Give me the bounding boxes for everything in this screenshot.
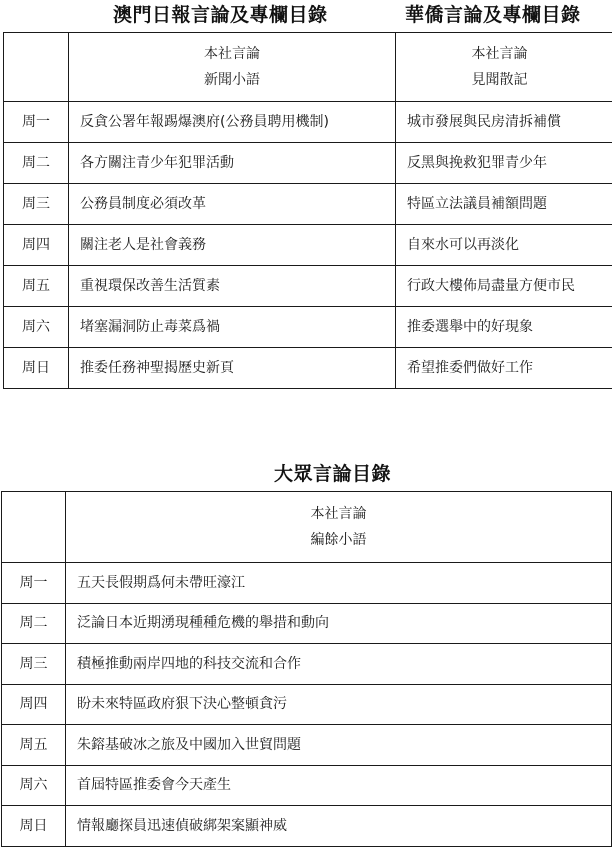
day-cell: 周六 bbox=[4, 307, 69, 348]
table-row: 周三 積極推動兩岸四地的科技交流和合作 bbox=[2, 644, 612, 685]
day-cell: 周一 bbox=[2, 563, 66, 604]
macau-item-cell: 推委任務神聖揭歷史新頁 bbox=[69, 348, 396, 389]
day-cell: 周日 bbox=[4, 348, 69, 389]
table-row: 周一 反貪公署年報踢爆澳府(公務員聘用機制) 城市發展與民房清拆補償 bbox=[4, 102, 612, 143]
table-row: 周二 泛論日本近期湧現種種危機的舉措和動向 bbox=[2, 603, 612, 644]
item-cell: 盼未來特區政府狠下決心整頓貪污 bbox=[66, 684, 612, 725]
overseas-item-cell: 自來水可以再淡化 bbox=[396, 225, 612, 266]
column-header-line2: 新聞小語 bbox=[69, 67, 395, 93]
item-cell: 積極推動兩岸四地的科技交流和合作 bbox=[66, 644, 612, 685]
empty-corner-cell bbox=[4, 33, 69, 102]
overseas-chinese-title: 華僑言論及專欄目錄 bbox=[405, 4, 581, 26]
table-row: 周四 盼未來特區政府狠下決心整頓貪污 bbox=[2, 684, 612, 725]
table-row: 周六 堵塞漏洞防止毒菜爲禍 推委選舉中的好現象 bbox=[4, 307, 612, 348]
macau-item-cell: 關注老人是社會義務 bbox=[69, 225, 396, 266]
day-cell: 周一 bbox=[4, 102, 69, 143]
column-header-line2: 編餘小語 bbox=[66, 527, 611, 553]
public-opinion-title: 大眾言論目錄 bbox=[274, 463, 391, 485]
table-row: 周五 朱鎔基破冰之旅及中國加入世貿問題 bbox=[2, 725, 612, 766]
day-cell: 周六 bbox=[2, 765, 66, 806]
table-row: 周日 推委任務神聖揭歷史新頁 希望推委們做好工作 bbox=[4, 348, 612, 389]
day-cell: 周三 bbox=[2, 644, 66, 685]
macau-item-cell: 公務員制度必須改革 bbox=[69, 184, 396, 225]
column-header-line1: 本社言論 bbox=[66, 501, 611, 527]
item-cell: 情報廳探員迅速偵破綁架案顯神威 bbox=[66, 806, 612, 847]
column-header-line1: 本社言論 bbox=[69, 41, 395, 67]
macau-item-cell: 重視環保改善生活質素 bbox=[69, 266, 396, 307]
macau-item-cell: 反貪公署年報踢爆澳府(公務員聘用機制) bbox=[69, 102, 396, 143]
macau-daily-title: 澳門日報言論及專欄目錄 bbox=[113, 4, 328, 26]
public-column-header: 本社言論 編餘小語 bbox=[66, 492, 612, 563]
overseas-item-cell: 推委選舉中的好現象 bbox=[396, 307, 612, 348]
overseas-item-cell: 行政大樓佈局盡量方便市民 bbox=[396, 266, 612, 307]
overseas-item-cell: 特區立法議員補額問題 bbox=[396, 184, 612, 225]
day-cell: 周二 bbox=[2, 603, 66, 644]
table-header-row: 本社言論 新聞小語 本社言論 見聞散記 bbox=[4, 33, 612, 102]
overseas-column-header: 本社言論 見聞散記 bbox=[396, 33, 612, 102]
empty-corner-cell bbox=[2, 492, 66, 563]
table-row: 周二 各方關注青少年犯罪活動 反黑與挽救犯罪青少年 bbox=[4, 143, 612, 184]
macau-column-header: 本社言論 新聞小語 bbox=[69, 33, 396, 102]
item-cell: 五天長假期爲何未帶旺濠江 bbox=[66, 563, 612, 604]
table-row: 周六 首屆特區推委會今天產生 bbox=[2, 765, 612, 806]
day-cell: 周三 bbox=[4, 184, 69, 225]
day-cell: 周四 bbox=[2, 684, 66, 725]
table-row: 周日 情報廳探員迅速偵破綁架案顯神威 bbox=[2, 806, 612, 847]
editorial-index-table-1: 本社言論 新聞小語 本社言論 見聞散記 周一 反貪公署年報踢爆澳府(公務員聘用機… bbox=[3, 32, 612, 389]
day-cell: 周日 bbox=[2, 806, 66, 847]
table-header-row: 本社言論 編餘小語 bbox=[2, 492, 612, 563]
item-cell: 朱鎔基破冰之旅及中國加入世貿問題 bbox=[66, 725, 612, 766]
day-cell: 周五 bbox=[2, 725, 66, 766]
macau-item-cell: 各方關注青少年犯罪活動 bbox=[69, 143, 396, 184]
overseas-item-cell: 城市發展與民房清拆補償 bbox=[396, 102, 612, 143]
table-row: 周三 公務員制度必須改革 特區立法議員補額問題 bbox=[4, 184, 612, 225]
macau-item-cell: 堵塞漏洞防止毒菜爲禍 bbox=[69, 307, 396, 348]
editorial-index-table-2: 本社言論 編餘小語 周一 五天長假期爲何未帶旺濠江 周二 泛論日本近期湧現種種危… bbox=[1, 491, 612, 847]
overseas-item-cell: 反黑與挽救犯罪青少年 bbox=[396, 143, 612, 184]
column-header-line2: 見聞散記 bbox=[396, 67, 603, 93]
table-row: 周五 重視環保改善生活質素 行政大樓佈局盡量方便市民 bbox=[4, 266, 612, 307]
day-cell: 周四 bbox=[4, 225, 69, 266]
item-cell: 首屆特區推委會今天產生 bbox=[66, 765, 612, 806]
item-cell: 泛論日本近期湧現種種危機的舉措和動向 bbox=[66, 603, 612, 644]
day-cell: 周五 bbox=[4, 266, 69, 307]
day-cell: 周二 bbox=[4, 143, 69, 184]
overseas-item-cell: 希望推委們做好工作 bbox=[396, 348, 612, 389]
column-header-line1: 本社言論 bbox=[396, 41, 603, 67]
table-row: 周四 關注老人是社會義務 自來水可以再淡化 bbox=[4, 225, 612, 266]
table-row: 周一 五天長假期爲何未帶旺濠江 bbox=[2, 563, 612, 604]
